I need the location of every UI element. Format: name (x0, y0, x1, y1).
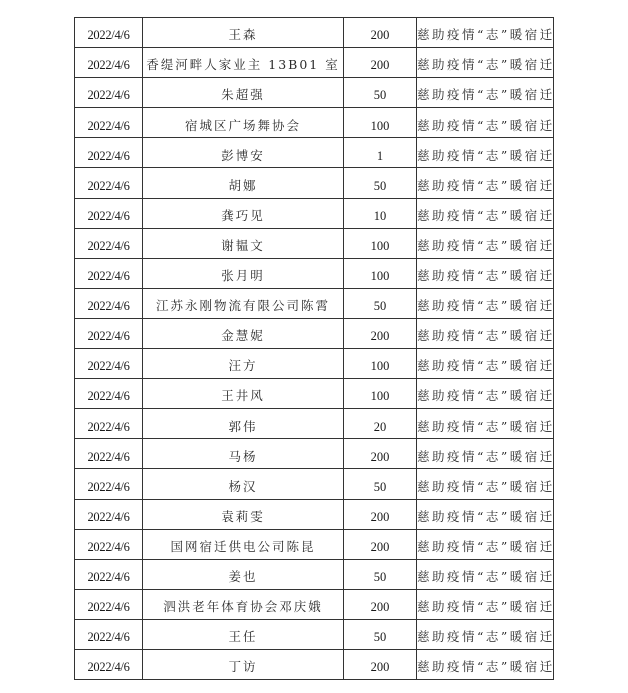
donor-text: 王井风 (221, 390, 265, 403)
donor-cell: 丁访 (143, 649, 344, 679)
purpose-text: 慈助疫情“志”暖宿迁 (417, 571, 554, 584)
table-row: 2022/4/6 汪方 100 慈助疫情“志”暖宿迁 (75, 349, 554, 379)
table-row: 2022/4/6 国网宿迁供电公司陈昆 200 慈助疫情“志”暖宿迁 (75, 529, 554, 559)
amount-cell: 50 (344, 619, 417, 649)
date-text: 2022/4/6 (87, 59, 129, 72)
date-text: 2022/4/6 (87, 390, 129, 403)
date-cell: 2022/4/6 (75, 258, 143, 288)
donor-cell: 王井风 (143, 379, 344, 409)
purpose-text: 慈助疫情“志”暖宿迁 (417, 240, 554, 253)
date-text: 2022/4/6 (87, 210, 129, 223)
purpose-cell: 慈助疫情“志”暖宿迁 (417, 529, 554, 559)
table-row: 2022/4/6 香缇河畔人家业主 13B01 室 200 慈助疫情“志”暖宿迁 (75, 48, 554, 78)
table-row: 2022/4/6 杨汉 50 慈助疫情“志”暖宿迁 (75, 469, 554, 499)
date-cell: 2022/4/6 (75, 559, 143, 589)
purpose-cell: 慈助疫情“志”暖宿迁 (417, 198, 554, 228)
purpose-text: 慈助疫情“志”暖宿迁 (417, 661, 554, 674)
purpose-cell: 慈助疫情“志”暖宿迁 (417, 18, 554, 48)
date-cell: 2022/4/6 (75, 499, 143, 529)
date-text: 2022/4/6 (87, 150, 129, 163)
date-cell: 2022/4/6 (75, 409, 143, 439)
purpose-text: 慈助疫情“志”暖宿迁 (417, 120, 554, 133)
table-row: 2022/4/6 袁莉雯 200 慈助疫情“志”暖宿迁 (75, 499, 554, 529)
donor-cell: 杨汉 (143, 469, 344, 499)
donor-cell: 彭博安 (143, 138, 344, 168)
amount-text: 200 (371, 601, 390, 614)
donor-cell: 郭伟 (143, 409, 344, 439)
purpose-text: 慈助疫情“志”暖宿迁 (417, 451, 554, 464)
donor-cell: 金慧妮 (143, 318, 344, 348)
amount-text: 200 (371, 541, 390, 554)
date-cell: 2022/4/6 (75, 439, 143, 469)
donor-cell: 宿城区广场舞协会 (143, 108, 344, 138)
donor-cell: 张月明 (143, 258, 344, 288)
amount-text: 100 (371, 120, 390, 133)
date-cell: 2022/4/6 (75, 619, 143, 649)
table-row: 2022/4/6 丁访 200 慈助疫情“志”暖宿迁 (75, 649, 554, 679)
table-row: 2022/4/6 张月明 100 慈助疫情“志”暖宿迁 (75, 258, 554, 288)
purpose-cell: 慈助疫情“志”暖宿迁 (417, 559, 554, 589)
purpose-cell: 慈助疫情“志”暖宿迁 (417, 288, 554, 318)
table-row: 2022/4/6 胡娜 50 慈助疫情“志”暖宿迁 (75, 168, 554, 198)
donor-text: 胡娜 (228, 180, 257, 193)
donor-text: 张月明 (221, 270, 265, 283)
amount-text: 200 (371, 661, 390, 674)
amount-text: 200 (371, 59, 390, 72)
amount-cell: 200 (344, 589, 417, 619)
date-cell: 2022/4/6 (75, 469, 143, 499)
amount-cell: 100 (344, 349, 417, 379)
date-cell: 2022/4/6 (75, 228, 143, 258)
table-row: 2022/4/6 朱超强 50 慈助疫情“志”暖宿迁 (75, 78, 554, 108)
purpose-text: 慈助疫情“志”暖宿迁 (417, 421, 554, 434)
table-row: 2022/4/6 王森 200 慈助疫情“志”暖宿迁 (75, 18, 554, 48)
amount-text: 200 (371, 511, 390, 524)
donor-cell: 国网宿迁供电公司陈昆 (143, 529, 344, 559)
date-text: 2022/4/6 (87, 571, 129, 584)
amount-cell: 20 (344, 409, 417, 439)
donor-cell: 朱超强 (143, 78, 344, 108)
table-row: 2022/4/6 泗洪老年体育协会邓庆娥 200 慈助疫情“志”暖宿迁 (75, 589, 554, 619)
purpose-text: 慈助疫情“志”暖宿迁 (417, 29, 554, 42)
donor-text: 金慧妮 (221, 330, 265, 343)
purpose-text: 慈助疫情“志”暖宿迁 (417, 210, 554, 223)
date-cell: 2022/4/6 (75, 529, 143, 559)
donor-cell: 姜也 (143, 559, 344, 589)
table-row: 2022/4/6 郭伟 20 慈助疫情“志”暖宿迁 (75, 409, 554, 439)
amount-cell: 100 (344, 108, 417, 138)
date-text: 2022/4/6 (87, 180, 129, 193)
donor-cell: 王森 (143, 18, 344, 48)
date-cell: 2022/4/6 (75, 349, 143, 379)
amount-cell: 200 (344, 649, 417, 679)
purpose-text: 慈助疫情“志”暖宿迁 (417, 541, 554, 554)
purpose-cell: 慈助疫情“志”暖宿迁 (417, 168, 554, 198)
amount-cell: 100 (344, 258, 417, 288)
table-row: 2022/4/6 彭博安 1 慈助疫情“志”暖宿迁 (75, 138, 554, 168)
amount-cell: 50 (344, 78, 417, 108)
amount-cell: 200 (344, 499, 417, 529)
purpose-cell: 慈助疫情“志”暖宿迁 (417, 138, 554, 168)
donor-text: 王森 (228, 29, 257, 42)
date-text: 2022/4/6 (87, 89, 129, 102)
donor-cell: 王任 (143, 619, 344, 649)
donor-text: 谢韫文 (221, 240, 265, 253)
table-row: 2022/4/6 谢韫文 100 慈助疫情“志”暖宿迁 (75, 228, 554, 258)
date-text: 2022/4/6 (87, 481, 129, 494)
table-row: 2022/4/6 王井风 100 慈助疫情“志”暖宿迁 (75, 379, 554, 409)
amount-text: 100 (371, 360, 390, 373)
amount-text: 1 (377, 150, 383, 163)
amount-text: 100 (371, 270, 390, 283)
purpose-cell: 慈助疫情“志”暖宿迁 (417, 318, 554, 348)
purpose-text: 慈助疫情“志”暖宿迁 (417, 481, 554, 494)
purpose-text: 慈助疫情“志”暖宿迁 (417, 631, 554, 644)
amount-text: 200 (371, 29, 390, 42)
donor-text: 郭伟 (228, 421, 257, 434)
date-cell: 2022/4/6 (75, 168, 143, 198)
purpose-cell: 慈助疫情“志”暖宿迁 (417, 349, 554, 379)
table-row: 2022/4/6 龚巧见 10 慈助疫情“志”暖宿迁 (75, 198, 554, 228)
date-cell: 2022/4/6 (75, 288, 143, 318)
purpose-cell: 慈助疫情“志”暖宿迁 (417, 409, 554, 439)
date-text: 2022/4/6 (87, 511, 129, 524)
date-text: 2022/4/6 (87, 421, 129, 434)
date-cell: 2022/4/6 (75, 318, 143, 348)
purpose-cell: 慈助疫情“志”暖宿迁 (417, 439, 554, 469)
purpose-cell: 慈助疫情“志”暖宿迁 (417, 258, 554, 288)
donor-text: 龚巧见 (221, 210, 265, 223)
date-cell: 2022/4/6 (75, 18, 143, 48)
document-page: 2022/4/6 王森 200 慈助疫情“志”暖宿迁 2022/4/6 香缇河畔… (0, 0, 628, 693)
purpose-cell: 慈助疫情“志”暖宿迁 (417, 469, 554, 499)
date-cell: 2022/4/6 (75, 138, 143, 168)
table-row: 2022/4/6 江苏永刚物流有限公司陈霄 50 慈助疫情“志”暖宿迁 (75, 288, 554, 318)
amount-cell: 200 (344, 439, 417, 469)
purpose-cell: 慈助疫情“志”暖宿迁 (417, 48, 554, 78)
amount-cell: 50 (344, 288, 417, 318)
purpose-cell: 慈助疫情“志”暖宿迁 (417, 228, 554, 258)
donor-text: 泗洪老年体育协会邓庆娥 (163, 601, 323, 614)
table-row: 2022/4/6 宿城区广场舞协会 100 慈助疫情“志”暖宿迁 (75, 108, 554, 138)
amount-cell: 200 (344, 48, 417, 78)
amount-text: 100 (371, 390, 390, 403)
purpose-text: 慈助疫情“志”暖宿迁 (417, 300, 554, 313)
date-cell: 2022/4/6 (75, 198, 143, 228)
date-cell: 2022/4/6 (75, 379, 143, 409)
donor-cell: 江苏永刚物流有限公司陈霄 (143, 288, 344, 318)
amount-cell: 10 (344, 198, 417, 228)
date-text: 2022/4/6 (87, 240, 129, 253)
date-text: 2022/4/6 (87, 631, 129, 644)
donor-cell: 汪方 (143, 349, 344, 379)
donation-table: 2022/4/6 王森 200 慈助疫情“志”暖宿迁 2022/4/6 香缇河畔… (74, 17, 554, 680)
amount-cell: 1 (344, 138, 417, 168)
amount-cell: 200 (344, 318, 417, 348)
purpose-text: 慈助疫情“志”暖宿迁 (417, 59, 554, 72)
date-cell: 2022/4/6 (75, 589, 143, 619)
donor-text: 国网宿迁供电公司陈昆 (170, 541, 315, 554)
donor-cell: 香缇河畔人家业主 13B01 室 (143, 48, 344, 78)
table-row: 2022/4/6 马杨 200 慈助疫情“志”暖宿迁 (75, 439, 554, 469)
purpose-text: 慈助疫情“志”暖宿迁 (417, 511, 554, 524)
amount-cell: 50 (344, 469, 417, 499)
donor-cell: 胡娜 (143, 168, 344, 198)
date-text: 2022/4/6 (87, 120, 129, 133)
donor-cell: 泗洪老年体育协会邓庆娥 (143, 589, 344, 619)
purpose-text: 慈助疫情“志”暖宿迁 (417, 89, 554, 102)
purpose-text: 慈助疫情“志”暖宿迁 (417, 601, 554, 614)
donor-cell: 龚巧见 (143, 198, 344, 228)
amount-text: 50 (374, 89, 387, 102)
amount-text: 200 (371, 451, 390, 464)
date-text: 2022/4/6 (87, 360, 129, 373)
purpose-cell: 慈助疫情“志”暖宿迁 (417, 78, 554, 108)
amount-cell: 100 (344, 379, 417, 409)
purpose-text: 慈助疫情“志”暖宿迁 (417, 330, 554, 343)
donor-text: 宿城区广场舞协会 (185, 120, 301, 133)
date-cell: 2022/4/6 (75, 108, 143, 138)
donor-cell: 马杨 (143, 439, 344, 469)
date-text: 2022/4/6 (87, 29, 129, 42)
donor-text: 马杨 (228, 451, 257, 464)
donor-text: 汪方 (228, 360, 257, 373)
amount-cell: 50 (344, 168, 417, 198)
donor-text: 姜也 (228, 571, 257, 584)
donor-cell: 谢韫文 (143, 228, 344, 258)
purpose-cell: 慈助疫情“志”暖宿迁 (417, 379, 554, 409)
donor-cell: 袁莉雯 (143, 499, 344, 529)
amount-cell: 200 (344, 529, 417, 559)
amount-text: 200 (371, 330, 390, 343)
purpose-cell: 慈助疫情“志”暖宿迁 (417, 649, 554, 679)
amount-text: 50 (374, 300, 387, 313)
date-text: 2022/4/6 (87, 601, 129, 614)
donor-text: 江苏永刚物流有限公司陈霄 (156, 300, 330, 313)
donor-text: 香缇河畔人家业主 13B01 室 (146, 59, 339, 72)
table-row: 2022/4/6 姜也 50 慈助疫情“志”暖宿迁 (75, 559, 554, 589)
date-cell: 2022/4/6 (75, 78, 143, 108)
date-text: 2022/4/6 (87, 300, 129, 313)
donor-text: 彭博安 (221, 150, 265, 163)
date-text: 2022/4/6 (87, 270, 129, 283)
amount-cell: 200 (344, 18, 417, 48)
amount-text: 50 (374, 631, 387, 644)
date-cell: 2022/4/6 (75, 48, 143, 78)
date-text: 2022/4/6 (87, 661, 129, 674)
purpose-text: 慈助疫情“志”暖宿迁 (417, 390, 554, 403)
amount-text: 20 (374, 421, 387, 434)
date-text: 2022/4/6 (87, 451, 129, 464)
amount-cell: 50 (344, 559, 417, 589)
table-row: 2022/4/6 金慧妮 200 慈助疫情“志”暖宿迁 (75, 318, 554, 348)
amount-cell: 100 (344, 228, 417, 258)
donor-text: 王任 (228, 631, 257, 644)
date-cell: 2022/4/6 (75, 649, 143, 679)
donor-text: 丁访 (228, 661, 257, 674)
donor-text: 杨汉 (228, 481, 257, 494)
purpose-text: 慈助疫情“志”暖宿迁 (417, 150, 554, 163)
purpose-cell: 慈助疫情“志”暖宿迁 (417, 108, 554, 138)
date-text: 2022/4/6 (87, 541, 129, 554)
donor-text: 朱超强 (221, 89, 265, 102)
amount-text: 10 (374, 210, 387, 223)
amount-text: 50 (374, 481, 387, 494)
purpose-text: 慈助疫情“志”暖宿迁 (417, 360, 554, 373)
amount-text: 50 (374, 180, 387, 193)
purpose-cell: 慈助疫情“志”暖宿迁 (417, 589, 554, 619)
donor-text: 袁莉雯 (221, 511, 265, 524)
purpose-text: 慈助疫情“志”暖宿迁 (417, 270, 554, 283)
purpose-text: 慈助疫情“志”暖宿迁 (417, 180, 554, 193)
donation-table-body: 2022/4/6 王森 200 慈助疫情“志”暖宿迁 2022/4/6 香缇河畔… (75, 18, 554, 680)
amount-text: 50 (374, 571, 387, 584)
table-row: 2022/4/6 王任 50 慈助疫情“志”暖宿迁 (75, 619, 554, 649)
amount-text: 100 (371, 240, 390, 253)
purpose-cell: 慈助疫情“志”暖宿迁 (417, 619, 554, 649)
purpose-cell: 慈助疫情“志”暖宿迁 (417, 499, 554, 529)
date-text: 2022/4/6 (87, 330, 129, 343)
